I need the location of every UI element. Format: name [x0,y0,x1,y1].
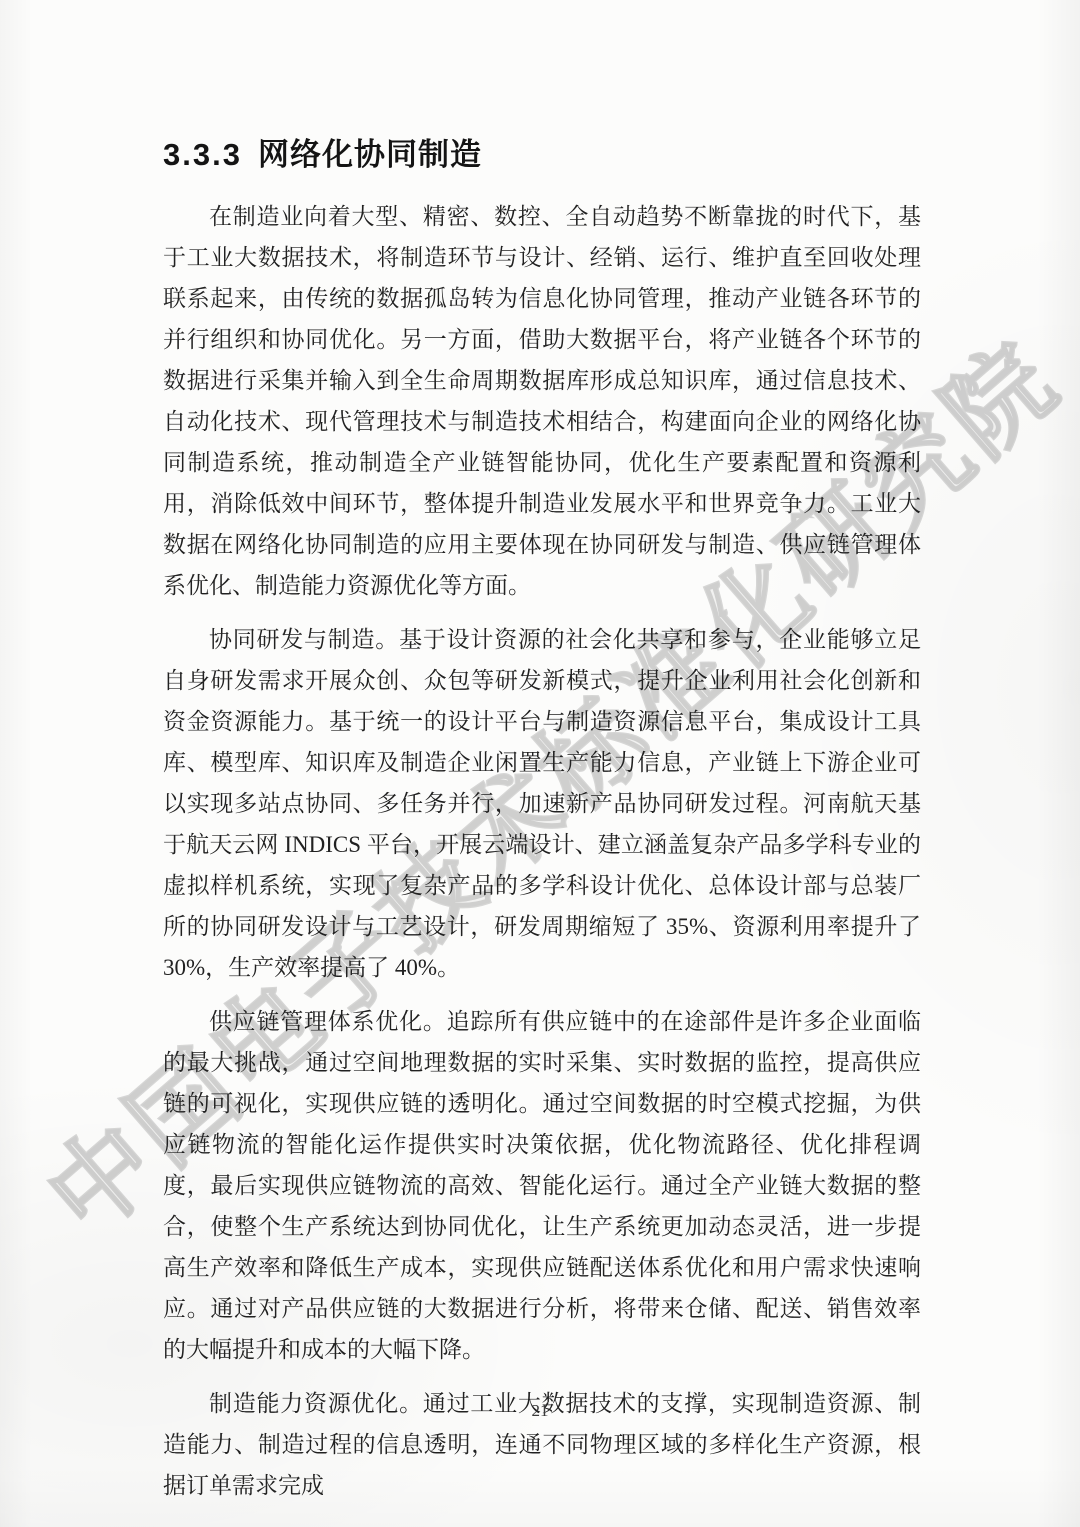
section-heading: 3.3.3网络化协同制造 [163,129,482,174]
body-text: 在制造业向着大型、精密、数控、全自动趋势不断靠拢的时代下，基于工业大数据技术，将… [163,196,921,1519]
section-number: 3.3.3 [163,137,242,173]
paragraph-intro: 在制造业向着大型、精密、数控、全自动趋势不断靠拢的时代下，基于工业大数据技术，将… [163,196,921,606]
section-title: 网络化协同制造 [258,137,482,172]
page-number: 21 [532,1401,549,1420]
paragraph-collaborative-rd: 协同研发与制造。基于设计资源的社会化共享和参与，企业能够立足自身研发需求开展众创… [163,619,921,988]
page-footer: 21 [0,1401,1080,1421]
paragraph-supply-chain: 供应链管理体系优化。追踪所有供应链中的在途部件是许多企业面临的最大挑战，通过空间… [163,1001,921,1370]
document-page: 中国电子技术标准化研究院 3.3.3网络化协同制造 在制造业向着大型、精密、数控… [0,0,1080,1527]
